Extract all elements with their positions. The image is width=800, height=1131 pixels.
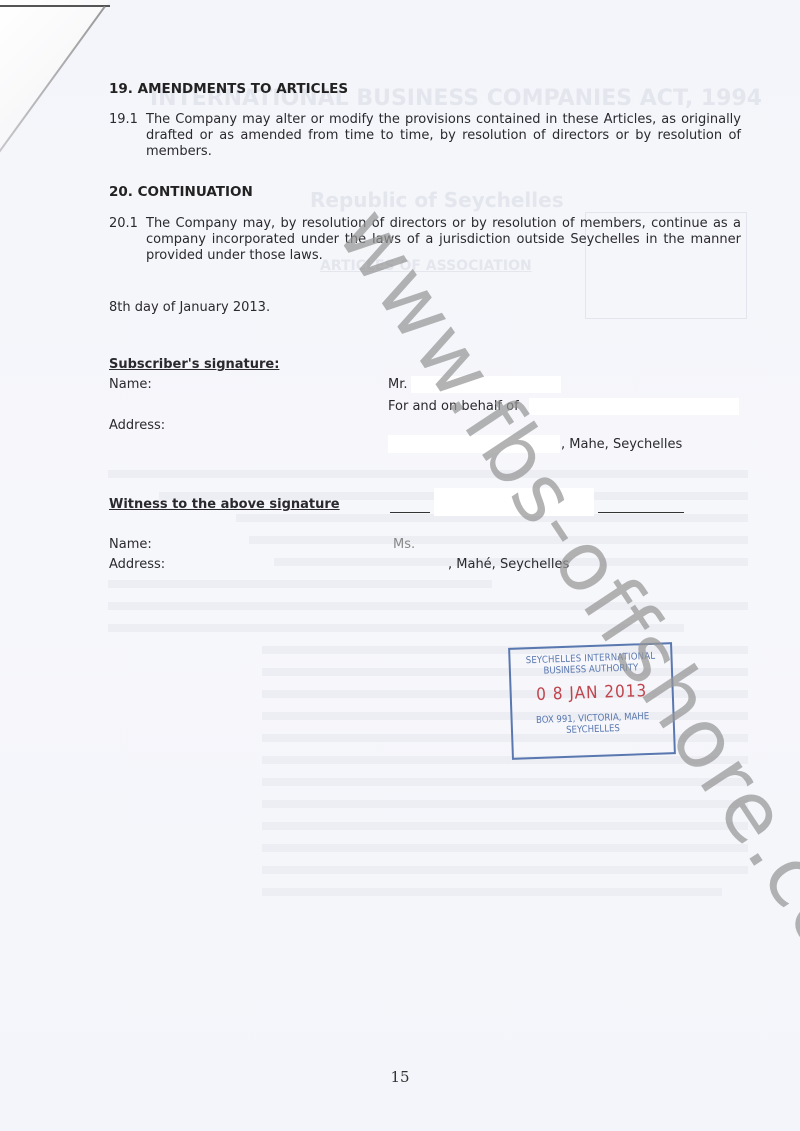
signature-line bbox=[390, 512, 430, 513]
redaction bbox=[388, 435, 560, 453]
subscriber-address-value: , Mahe, Seychelles bbox=[561, 437, 682, 453]
date-line: 8th day of January 2013. bbox=[109, 300, 270, 316]
page-number: 15 bbox=[0, 1068, 800, 1086]
signature-line bbox=[598, 512, 684, 513]
stamp-date: 0 8 JAN 2013 bbox=[511, 680, 672, 706]
bleed-through-subtitle: Republic of Seychelles bbox=[310, 188, 564, 212]
authority-stamp: SEYCHELLES INTERNATIONAL BUSINESS AUTHOR… bbox=[508, 642, 676, 760]
subscriber-address-label: Address: bbox=[109, 418, 165, 434]
page-edge bbox=[0, 5, 110, 7]
section-heading-continuation: 20. CONTINUATION bbox=[109, 184, 253, 200]
section-heading-amendments: 19. AMENDMENTS TO ARTICLES bbox=[109, 81, 348, 97]
redaction bbox=[434, 488, 594, 516]
subscriber-name-label: Name: bbox=[109, 377, 152, 393]
subscriber-heading: Subscriber's signature: bbox=[109, 357, 279, 373]
witness-name-value: Ms. bbox=[393, 537, 415, 553]
subscriber-on-behalf: For and on behalf of bbox=[388, 399, 519, 415]
clause-20-1: 20.1 The Company may, by resolution of d… bbox=[109, 216, 741, 264]
clause-text: The Company may, by resolution of direct… bbox=[146, 216, 741, 264]
clause-number: 20.1 bbox=[109, 216, 138, 232]
witness-address-value: , Mahé, Seychelles bbox=[448, 557, 569, 573]
witness-name-label: Name: bbox=[109, 537, 152, 553]
witness-heading: Witness to the above signature bbox=[109, 497, 340, 513]
clause-19-1: 19.1 The Company may alter or modify the… bbox=[109, 112, 741, 160]
redaction bbox=[529, 398, 739, 415]
document-page: INTERNATIONAL BUSINESS COMPANIES ACT, 19… bbox=[0, 0, 800, 1131]
subscriber-name-value: Mr. bbox=[388, 377, 408, 393]
clause-text: The Company may alter or modify the prov… bbox=[146, 112, 741, 160]
clause-number: 19.1 bbox=[109, 112, 138, 128]
redaction bbox=[411, 376, 561, 393]
witness-address-label: Address: bbox=[109, 557, 165, 573]
